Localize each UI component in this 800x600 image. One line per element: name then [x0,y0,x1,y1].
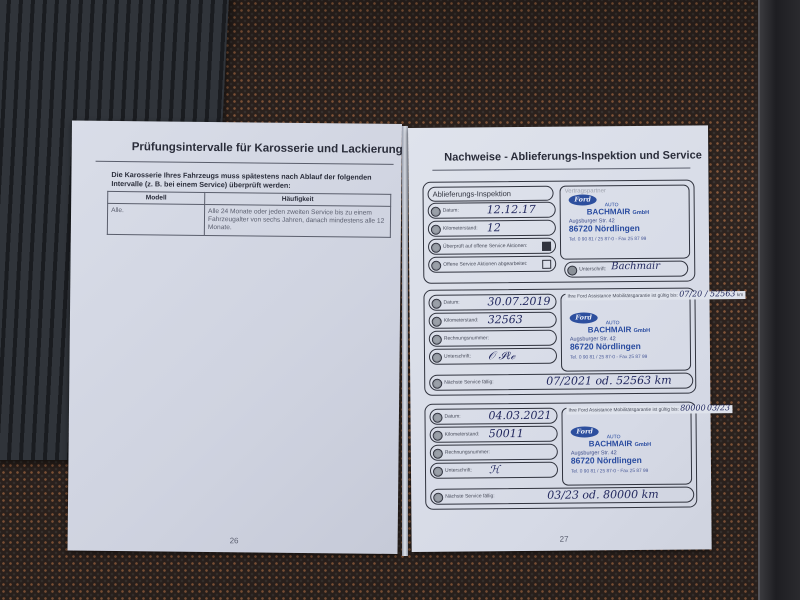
cell-frequency: Alle 24 Monate oder jeden zweiten Servic… [204,204,390,237]
checked-open-actions-field: Überprüft auf offene Service Aktionen: [428,238,556,255]
next-service-field: Nächste Service fällig: 03/23 od. 80000 … [430,487,694,505]
bullet-icon [431,224,441,234]
service-record: Datum: 04.03.2021 Kilometerstand: 50011 … [424,401,697,509]
bullet-icon [432,412,442,422]
dealer-stamp-box: Ihre Ford Assistance Mobilitätsgarantie … [561,407,692,486]
dealer-stamp: Ford AUTO BACHMAIR GmbH Augsburger Str. … [571,426,599,437]
intro-text: Die Karosserie Ihres Fahrzeugs muss spät… [111,171,391,191]
open-actions-done-field: Offene Service Aktionen abgearbeitet: [428,256,556,273]
mileage-field: Kilometerstand: 32563 [429,312,557,329]
page-number-left: 26 [230,536,239,545]
checkbox-checked-icon [542,242,551,251]
bullet-icon [432,316,442,326]
dealer-stamp-box: Vertragspartner Ford AUTO BACHMAIR GmbH … [560,185,691,260]
ford-logo-icon: Ford [569,194,597,205]
service-record: Datum: 30.07.2019 Kilometerstand: 32563 … [423,287,696,395]
date-field: Datum: 30.07.2019 [428,294,556,311]
table-row: Alle. Alle 24 Monate oder jeden zweiten … [107,203,390,237]
cell-model: Alle. [107,203,204,235]
signature-field: Unterschrift: 𝒪 ℐℓℯ [429,348,557,365]
handwritten-mileage: 12 [487,221,501,234]
record-heading: Ablieferungs-Inspektion [428,186,554,202]
date-field: Datum: 04.03.2021 [429,408,557,425]
dealer-stamp: Ford AUTO BACHMAIR GmbH Augsburger Str. … [570,312,598,323]
invoice-number-field: Rechnungsnummer: [429,330,557,347]
booklet-spine [402,126,408,556]
invoice-number-field: Rechnungsnummer: [430,444,558,461]
handwritten-signature: 𝒪 ℐℓℯ [488,349,515,363]
handwritten-signature: Bachmair [611,261,660,272]
right-page-title: Nachweise - Ablieferungs-Inspektion und … [444,149,702,163]
bullet-icon [432,334,442,344]
mileage-field: Kilometerstand: 12 [428,220,556,237]
right-page: Nachweise - Ablieferungs-Inspektion und … [408,125,712,552]
next-service-field: Nächste Service fällig: 07/2021 od. 5256… [429,373,693,391]
assistance-guarantee: Ihre Ford Assistance Mobilitätsgarantie … [566,405,732,414]
bullet-icon [433,466,443,476]
mileage-field: Kilometerstand: 50011 [430,426,558,443]
service-booklet: Prüfungsintervalle für Karosserie und La… [72,122,712,562]
title-rule [432,168,690,171]
bullet-icon [432,352,442,362]
bullet-icon [567,265,577,275]
left-page: Prüfungsintervalle für Karosserie und La… [68,121,402,554]
bullet-icon [432,378,442,388]
handwritten-date: 12.12.17 [487,203,536,216]
door-panel [758,0,800,600]
dealer-stamp-box: Ihre Ford Assistance Mobilitätsgarantie … [560,293,691,372]
dealer-stamp: Ford AUTO BACHMAIR GmbH Augsburger Str. … [569,194,597,205]
bullet-icon [431,242,441,252]
delivery-inspection-record: Ablieferungs-Inspektion Datum: 12.12.17 … [422,180,695,284]
left-page-title: Prüfungsintervalle für Karosserie und La… [132,141,403,156]
ford-logo-icon: Ford [570,312,598,323]
bullet-icon [433,430,443,440]
title-rule [96,161,394,165]
assistance-guarantee: Ihre Ford Assistance Mobilitätsgarantie … [565,291,745,301]
signature-field: Unterschrift: Bachmair [564,261,688,278]
interval-table: Modell Häufigkeit Alle. Alle 24 Monate o… [107,191,391,238]
page-number-right: 27 [560,535,569,544]
date-field: Datum: 12.12.17 [428,202,556,219]
column-header-model: Modell [108,191,205,204]
handwritten-signature: ℋ [489,463,500,476]
bullet-icon [433,492,443,502]
bullet-icon [433,448,443,458]
bullet-icon [431,298,441,308]
signature-field: Unterschrift: ℋ [430,462,558,479]
bullet-icon [431,206,441,216]
checkbox-empty-icon [542,260,551,269]
ford-logo-icon: Ford [571,426,599,437]
bullet-icon [431,260,441,270]
